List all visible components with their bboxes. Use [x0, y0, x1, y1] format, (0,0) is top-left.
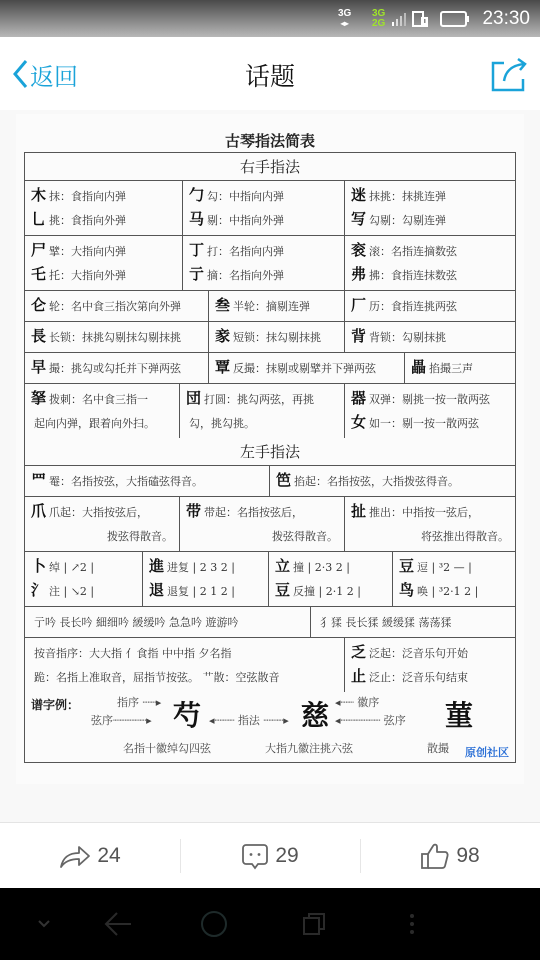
notation-glyph: 団: [186, 389, 201, 407]
comment-button[interactable]: 29: [180, 823, 360, 888]
table-cell: 勹勾：中指向内弹马剔：中指向外弹: [183, 181, 345, 235]
forward-count: 24: [97, 844, 120, 868]
table-cell: 叁半轮：摘剔连弹: [209, 291, 345, 321]
table-cell: 按音指序：大大指 亻食指 中中指 夕名指跪：名指上准取音，屈指节按弦。 艹散：空…: [25, 638, 345, 692]
notation-glyph: 立: [275, 557, 290, 575]
cell-line: 長长锁：抹挑勾剔抹勾剔抹挑: [31, 325, 202, 349]
technique-description: 掐撮三声: [429, 362, 473, 375]
table-cell: 背背锁：勾剔抹挑: [345, 322, 515, 352]
cell-line: 止泛止：泛音乐句结束: [351, 665, 509, 689]
cell-line: 器双弹：剔挑一按一散两弦: [351, 387, 509, 411]
left-hand-header: 左手指法: [25, 438, 515, 466]
technique-description: 历：食指连挑两弦: [369, 300, 457, 313]
technique-description: 泛止：泛音乐句结束: [369, 671, 468, 684]
technique-description: 擘：大指向内弹: [49, 245, 126, 258]
technique-description: 摘：名指向外弹: [207, 269, 284, 282]
technique-description: 如一：剔一按一散两弦: [369, 417, 479, 430]
table-row: 拏拨刺：名中食三指一起向内弹，跟着向外扫。団打圆：挑勾两弦，再挑勾，挑勾挑。器双…: [25, 384, 515, 438]
share-button[interactable]: [490, 57, 528, 93]
cell-line: 弗拂：食指连抹数弦: [351, 263, 509, 287]
table-cell: 立撞 | 2·3 2 |豆反撞 | 2·1 2 |: [269, 552, 393, 606]
technique-description: 抹：食指向内弹: [49, 190, 126, 203]
technique-description: 勾剔：勾剔连弹: [369, 214, 446, 227]
cell-line: 拨弦得散音。: [31, 524, 173, 548]
notation-glyph: 木: [31, 186, 46, 204]
notation-example: 谱字例： 指序 ┈┈▸ 弦序┈┈┈┈┈▸ 芍 ◂┈┈┈ 指法 ┈┈┈▸ 慈 ◂┈…: [25, 692, 515, 762]
notation-glyph: 拏: [31, 389, 46, 407]
technique-description: 爪起：大指按弦后，: [49, 506, 148, 519]
collapse-button[interactable]: [26, 906, 62, 942]
technique-description: 剔：中指向外弹: [207, 214, 284, 227]
technique-description: 挑：食指向外弹: [49, 214, 126, 227]
home-circle-icon: [199, 909, 229, 939]
thumbs-up-icon: [420, 842, 450, 870]
notation-glyph: 進: [149, 557, 164, 575]
notation-glyph: 厂: [351, 296, 366, 314]
technique-description: 滚：名指连摘数弦: [369, 245, 457, 258]
signal-icon: [392, 0, 406, 37]
technique-description: 注 | ↘2 |: [49, 585, 94, 598]
table-cell: 団打圆：挑勾两弦，再挑勾，挑勾挑。: [180, 384, 345, 438]
notation-glyph: 早: [31, 358, 46, 376]
table-cell: 笆掐起：名指按弦，大指拨弦得音。: [270, 466, 515, 496]
notation-glyph: 氵: [31, 581, 46, 599]
technique-description: 推出：中指按一弦后，: [369, 506, 479, 519]
notation-glyph: 仑: [31, 296, 46, 314]
cell-line: 退退复 | 2 1 2 |: [149, 579, 262, 603]
technique-description: 轮：名中食三指次第向外弹: [49, 300, 181, 313]
notation-glyph: 扯: [351, 502, 366, 520]
table-row: 仑轮：名中食三指次第向外弹叁半轮：摘剔连弹厂历：食指连挑两弦: [25, 291, 515, 322]
technique-description: 将弦推出得散音。: [421, 530, 509, 543]
table-cell: 罒罨：名指按弦，大指磕弦得音。: [25, 466, 270, 496]
cell-line: 写勾剔：勾剔连弹: [351, 208, 509, 232]
cell-line: 罒罨：名指按弦，大指磕弦得音。: [31, 469, 263, 493]
forward-button[interactable]: 24: [0, 823, 180, 888]
battery-icon: [440, 0, 470, 37]
hui-order-label: ◂┈┈ 徽序: [335, 694, 379, 710]
cell-line: 女如一：剔一按一散两弦: [351, 411, 509, 435]
cell-line: 起向内弹，跟着向外扫。: [31, 411, 173, 435]
cell-line: 亍摘：名指向外弹: [189, 263, 338, 287]
like-count: 98: [456, 844, 479, 868]
cell-line: 笆掐起：名指按弦，大指拨弦得音。: [276, 469, 509, 493]
technique-description: 逗 | ³2 — |: [417, 561, 472, 574]
comment-count: 29: [275, 844, 298, 868]
notation-glyph: 笆: [276, 471, 291, 489]
table-cell: 豆逗 | ³2 — |鸟唤 | ³2·1 2 |: [393, 552, 515, 606]
cell-line: 豆反撞 | 2·1 2 |: [275, 579, 386, 603]
technique-description: 长锁：抹挑勾剔抹勾剔抹挑: [49, 331, 181, 344]
cell-line: 背背锁：勾剔抹挑: [351, 325, 509, 349]
table-cell: 木抹：食指向内弹乚挑：食指向外弹: [25, 181, 183, 235]
cell-line: 拏拨刺：名中食三指一: [31, 387, 173, 411]
cell-line: 仑轮：名中食三指次第向外弹: [31, 294, 202, 318]
notation-glyph: 卜: [31, 557, 46, 575]
cell-line: 叁半轮：摘剔连弹: [215, 294, 338, 318]
notation-glyph: 退: [149, 581, 164, 599]
cell-line: 厂历：食指连挑两弦: [351, 294, 509, 318]
table-row: 按音指序：大大指 亻食指 中中指 夕名指跪：名指上准取音，屈指节按弦。 艹散：空…: [25, 638, 515, 692]
arrow-left-icon: [103, 911, 133, 937]
table-cell: 带带起：名指按弦后，拨弦得散音。: [180, 497, 345, 551]
cell-line: 豆逗 | ³2 — |: [399, 555, 509, 579]
guqin-fingering-chart: 古琴指法简表 右手指法 木抹：食指向内弹乚挑：食指向外弹勹勾：中指向内弹马剔：中…: [24, 124, 516, 778]
nav-bar: 返回 话题: [0, 37, 540, 110]
more-vertical-icon: [409, 913, 415, 935]
sim-card-icon: [412, 0, 430, 37]
cell-line: 覃反撮：抹剔或剔擘并下弹两弦: [215, 356, 398, 380]
example-label: 谱字例：: [31, 696, 79, 713]
technique-description: 拨弦得散音。: [272, 530, 338, 543]
cell-line: 勾，挑勾挑。: [186, 411, 338, 435]
network-dual-indicator: 3G2G: [372, 0, 385, 37]
notation-glyph: 带: [186, 502, 201, 520]
string-order-label-2: ◂┈┈┈┈┈┈ 弦序: [335, 712, 406, 728]
technique-description: 犭猱 長长猱 緩缓猱 荡荡猱: [320, 616, 452, 629]
table-cell: 亍吟 長长吟 細细吟 緩缓吟 急急吟 遊游吟: [25, 607, 311, 637]
table-cell: 犭猱 長长猱 緩缓猱 荡荡猱: [311, 607, 515, 637]
comment-icon: [241, 842, 269, 870]
technique-description: 退复 | 2 1 2 |: [167, 585, 235, 598]
status-bar: 3G◂▸ 3G2G 23:30: [0, 0, 540, 37]
notation-glyph: 亍: [189, 265, 204, 283]
technique-description: 打：名指向内弹: [207, 245, 284, 258]
notation-glyph: 器: [351, 389, 366, 407]
technique-description: 亍吟 長长吟 細细吟 緩缓吟 急急吟 遊游吟: [34, 616, 238, 629]
table-cell: 迷抹挑：抹挑连弹写勾剔：勾剔连弹: [345, 181, 515, 235]
cell-line: 氵注 | ↘2 |: [31, 579, 136, 603]
technique-description: 掐起：名指按弦，大指拨弦得音。: [294, 475, 459, 488]
technique-description: 进复 | 2 3 2 |: [167, 561, 235, 574]
cell-line: 将弦推出得散音。: [351, 524, 509, 548]
table-cell: 尸擘：大指向内弹乇托：大指向外弹: [25, 236, 183, 290]
cell-line: 乇托：大指向外弹: [31, 263, 176, 287]
cell-line: 跪：名指上准取音，屈指节按弦。 艹散：空弦散音: [31, 665, 338, 689]
notation-glyph: 叁: [215, 296, 230, 314]
notation-glyph: 乇: [31, 265, 46, 283]
example-caption-2: 大指九徽注挑六弦: [265, 740, 353, 756]
technique-description: 双弹：剔挑一按一散两弦: [369, 393, 490, 406]
technique-description: 按音指序：大大指 亻食指 中中指 夕名指: [34, 647, 232, 660]
table-row: 卜绰 | ↗2 |氵注 | ↘2 |進进复 | 2 3 2 |退退复 | 2 1…: [25, 552, 515, 607]
notation-glyph: 豙: [215, 327, 230, 345]
cell-line: 鸟唤 | ³2·1 2 |: [399, 579, 509, 603]
notation-glyph: 豆: [399, 557, 414, 575]
table-cell: 乏泛起：泛音乐句开始止泛止：泛音乐句结束: [345, 638, 515, 692]
table-row: 罒罨：名指按弦，大指磕弦得音。笆掐起：名指按弦，大指拨弦得音。: [25, 466, 515, 497]
notation-glyph: 畾: [411, 358, 426, 376]
notation-glyph: 迷: [351, 186, 366, 204]
cell-line: 犭猱 長长猱 緩缓猱 荡荡猱: [317, 610, 509, 634]
technique-description: 撮：挑勾或勾托并下弹两弦: [49, 362, 181, 375]
cell-line: 衮滚：名指连摘数弦: [351, 239, 509, 263]
technique-description: 半轮：摘剔连弹: [233, 300, 310, 313]
table-cell: 卜绰 | ↗2 |氵注 | ↘2 |: [25, 552, 143, 606]
cell-line: 木抹：食指向内弹: [31, 184, 176, 208]
cell-line: 扯推出：中指按一弦后，: [351, 500, 509, 524]
network-3g-indicator: 3G◂▸: [338, 0, 351, 37]
example-caption-3: 散撮: [427, 740, 449, 756]
notation-glyph: 罒: [31, 471, 46, 489]
cell-line: 迷抹挑：抹挑连弹: [351, 184, 509, 208]
technique-description: 背锁：勾剔抹挑: [369, 331, 446, 344]
right-hand-header: 右手指法: [25, 153, 515, 181]
system-nav-bar: [0, 888, 540, 960]
technique-description: 反撮：抹剔或剔擘并下弹两弦: [233, 362, 376, 375]
example-char-1: 芍: [173, 694, 201, 734]
system-back-button[interactable]: [100, 906, 136, 942]
technique-description: 勾，挑勾挑。: [189, 417, 255, 430]
example-char-3: 菫: [445, 694, 473, 734]
technique-description: 托：大指向外弹: [49, 269, 126, 282]
table-cell: 長长锁：抹挑勾剔抹勾剔抹挑: [25, 322, 209, 352]
table-row: 尸擘：大指向内弹乇托：大指向外弹丁打：名指向内弹亍摘：名指向外弹衮滚：名指连摘数…: [25, 236, 515, 291]
action-bar: 24 29 98: [0, 822, 540, 888]
cell-line: 進进复 | 2 3 2 |: [149, 555, 262, 579]
notation-glyph: 勹: [189, 186, 204, 204]
technique-description: 勾：中指向内弹: [207, 190, 284, 203]
notation-glyph: 乏: [351, 643, 366, 661]
technique-description: 起向内弹，跟着向外扫。: [34, 417, 155, 430]
cell-line: 丁打：名指向内弹: [189, 239, 338, 263]
clock: 23:30: [482, 0, 530, 37]
post-content: 古琴指法简表 右手指法 木抹：食指向内弹乚挑：食指向外弹勹勾：中指向内弹马剔：中…: [0, 110, 540, 822]
technique-description: 反撞 | 2·1 2 |: [293, 585, 361, 598]
notation-glyph: 尸: [31, 241, 46, 259]
forward-icon: [59, 843, 91, 869]
chart-title: 古琴指法简表: [24, 130, 516, 151]
notation-glyph: 覃: [215, 358, 230, 376]
post-image[interactable]: 古琴指法简表 右手指法 木抹：食指向内弹乚挑：食指向外弹勹勾：中指向内弹马剔：中…: [16, 114, 524, 784]
table-cell: 早撮：挑勾或勾托并下弹两弦: [25, 353, 209, 383]
finger-order-label: 指序 ┈┈▸: [117, 694, 161, 710]
technique-description: 抹挑：抹挑连弹: [369, 190, 446, 203]
cell-line: 马剔：中指向外弹: [189, 208, 338, 232]
technique-description: 拨刺：名中食三指一: [49, 393, 148, 406]
recents-button[interactable]: [296, 906, 332, 942]
cell-line: 爪爪起：大指按弦后，: [31, 500, 173, 524]
notation-glyph: 丁: [189, 241, 204, 259]
cell-line: 带带起：名指按弦后，: [186, 500, 338, 524]
table-cell: 器双弹：剔挑一按一散两弦女如一：剔一按一散两弦: [345, 384, 515, 438]
recents-icon: [301, 911, 327, 937]
notation-glyph: 爪: [31, 502, 46, 520]
notation-glyph: 長: [31, 327, 46, 345]
table-cell: 畾掐撮三声: [405, 353, 515, 383]
example-caption-1: 名指十徽绰勾四弦: [123, 740, 211, 756]
notation-glyph: 乚: [31, 210, 46, 228]
table-cell: 覃反撮：抹剔或剔擘并下弹两弦: [209, 353, 405, 383]
cell-line: 亍吟 長长吟 細细吟 緩缓吟 急急吟 遊游吟: [31, 610, 304, 634]
page-title: 话题: [0, 57, 540, 93]
table-cell: 拏拨刺：名中食三指一起向内弹，跟着向外扫。: [25, 384, 180, 438]
table-cell: 衮滚：名指连摘数弦弗拂：食指连抹数弦: [345, 236, 515, 290]
cell-line: 早撮：挑勾或勾托并下弹两弦: [31, 356, 202, 380]
technique-description: 短锁：抹勾剔抹挑: [233, 331, 321, 344]
home-button[interactable]: [196, 906, 232, 942]
watermark: 原创社区: [465, 744, 509, 760]
cell-line: 勹勾：中指向内弹: [189, 184, 338, 208]
technique-description: 泛起：泛音乐句开始: [369, 647, 468, 660]
notation-glyph: 止: [351, 667, 366, 685]
example-char-2: 慈: [301, 694, 329, 734]
cell-line: 立撞 | 2·3 2 |: [275, 555, 386, 579]
table-row: 木抹：食指向内弹乚挑：食指向外弹勹勾：中指向内弹马剔：中指向外弹迷抹挑：抹挑连弹…: [25, 181, 515, 236]
technique-description: 拂：食指连抹数弦: [369, 269, 457, 282]
table-cell: 仑轮：名中食三指次第向外弹: [25, 291, 209, 321]
cell-line: 団打圆：挑勾两弦，再挑: [186, 387, 338, 411]
string-order-label: 弦序┈┈┈┈┈▸: [91, 712, 152, 728]
table-row: 長长锁：抹挑勾剔抹勾剔抹挑豙短锁：抹勾剔抹挑背背锁：勾剔抹挑: [25, 322, 515, 353]
cell-line: 拨弦得散音。: [186, 524, 338, 548]
menu-button[interactable]: [394, 906, 430, 942]
technique-description: 撞 | 2·3 2 |: [293, 561, 350, 574]
table-cell: 爪爪起：大指按弦后，拨弦得散音。: [25, 497, 180, 551]
like-button[interactable]: 98: [360, 823, 540, 888]
cell-line: 按音指序：大大指 亻食指 中中指 夕名指: [31, 641, 338, 665]
technique-description: 绰 | ↗2 |: [49, 561, 94, 574]
technique-description: 唤 | ³2·1 2 |: [417, 585, 478, 598]
technique-label: ◂┈┈┈ 指法 ┈┈┈▸: [209, 712, 289, 728]
technique-description: 拨弦得散音。: [107, 530, 173, 543]
cell-line: 豙短锁：抹勾剔抹挑: [215, 325, 338, 349]
notation-glyph: 写: [351, 210, 366, 228]
table-row: 亍吟 長长吟 細细吟 緩缓吟 急急吟 遊游吟犭猱 長长猱 緩缓猱 荡荡猱: [25, 607, 515, 638]
notation-glyph: 马: [189, 210, 204, 228]
table-cell: 丁打：名指向内弹亍摘：名指向外弹: [183, 236, 345, 290]
notation-glyph: 弗: [351, 265, 366, 283]
cell-line: 尸擘：大指向内弹: [31, 239, 176, 263]
fingering-table: 右手指法 木抹：食指向内弹乚挑：食指向外弹勹勾：中指向内弹马剔：中指向外弹迷抹挑…: [24, 152, 516, 763]
table-row: 爪爪起：大指按弦后，拨弦得散音。带带起：名指按弦后，拨弦得散音。扯推出：中指按一…: [25, 497, 515, 552]
cell-line: 乚挑：食指向外弹: [31, 208, 176, 232]
cell-line: 卜绰 | ↗2 |: [31, 555, 136, 579]
notation-glyph: 衮: [351, 241, 366, 259]
cell-line: 乏泛起：泛音乐句开始: [351, 641, 509, 665]
notation-glyph: 背: [351, 327, 366, 345]
notation-glyph: 鸟: [399, 581, 414, 599]
technique-description: 打圆：挑勾两弦，再挑: [204, 393, 314, 406]
technique-description: 跪：名指上准取音，屈指节按弦。 艹散：空弦散音: [34, 671, 280, 684]
table-cell: 進进复 | 2 3 2 |退退复 | 2 1 2 |: [143, 552, 269, 606]
table-cell: 豙短锁：抹勾剔抹挑: [209, 322, 345, 352]
chevron-down-icon: [37, 919, 51, 929]
cell-line: 畾掐撮三声: [411, 356, 509, 380]
table-cell: 厂历：食指连挑两弦: [345, 291, 515, 321]
notation-glyph: 豆: [275, 581, 290, 599]
table-row: 早撮：挑勾或勾托并下弹两弦覃反撮：抹剔或剔擘并下弹两弦畾掐撮三声: [25, 353, 515, 384]
notation-glyph: 女: [351, 413, 366, 431]
share-icon: [490, 57, 528, 93]
technique-description: 罨：名指按弦，大指磕弦得音。: [49, 475, 203, 488]
technique-description: 带起：名指按弦后，: [204, 506, 303, 519]
table-cell: 扯推出：中指按一弦后，将弦推出得散音。: [345, 497, 515, 551]
